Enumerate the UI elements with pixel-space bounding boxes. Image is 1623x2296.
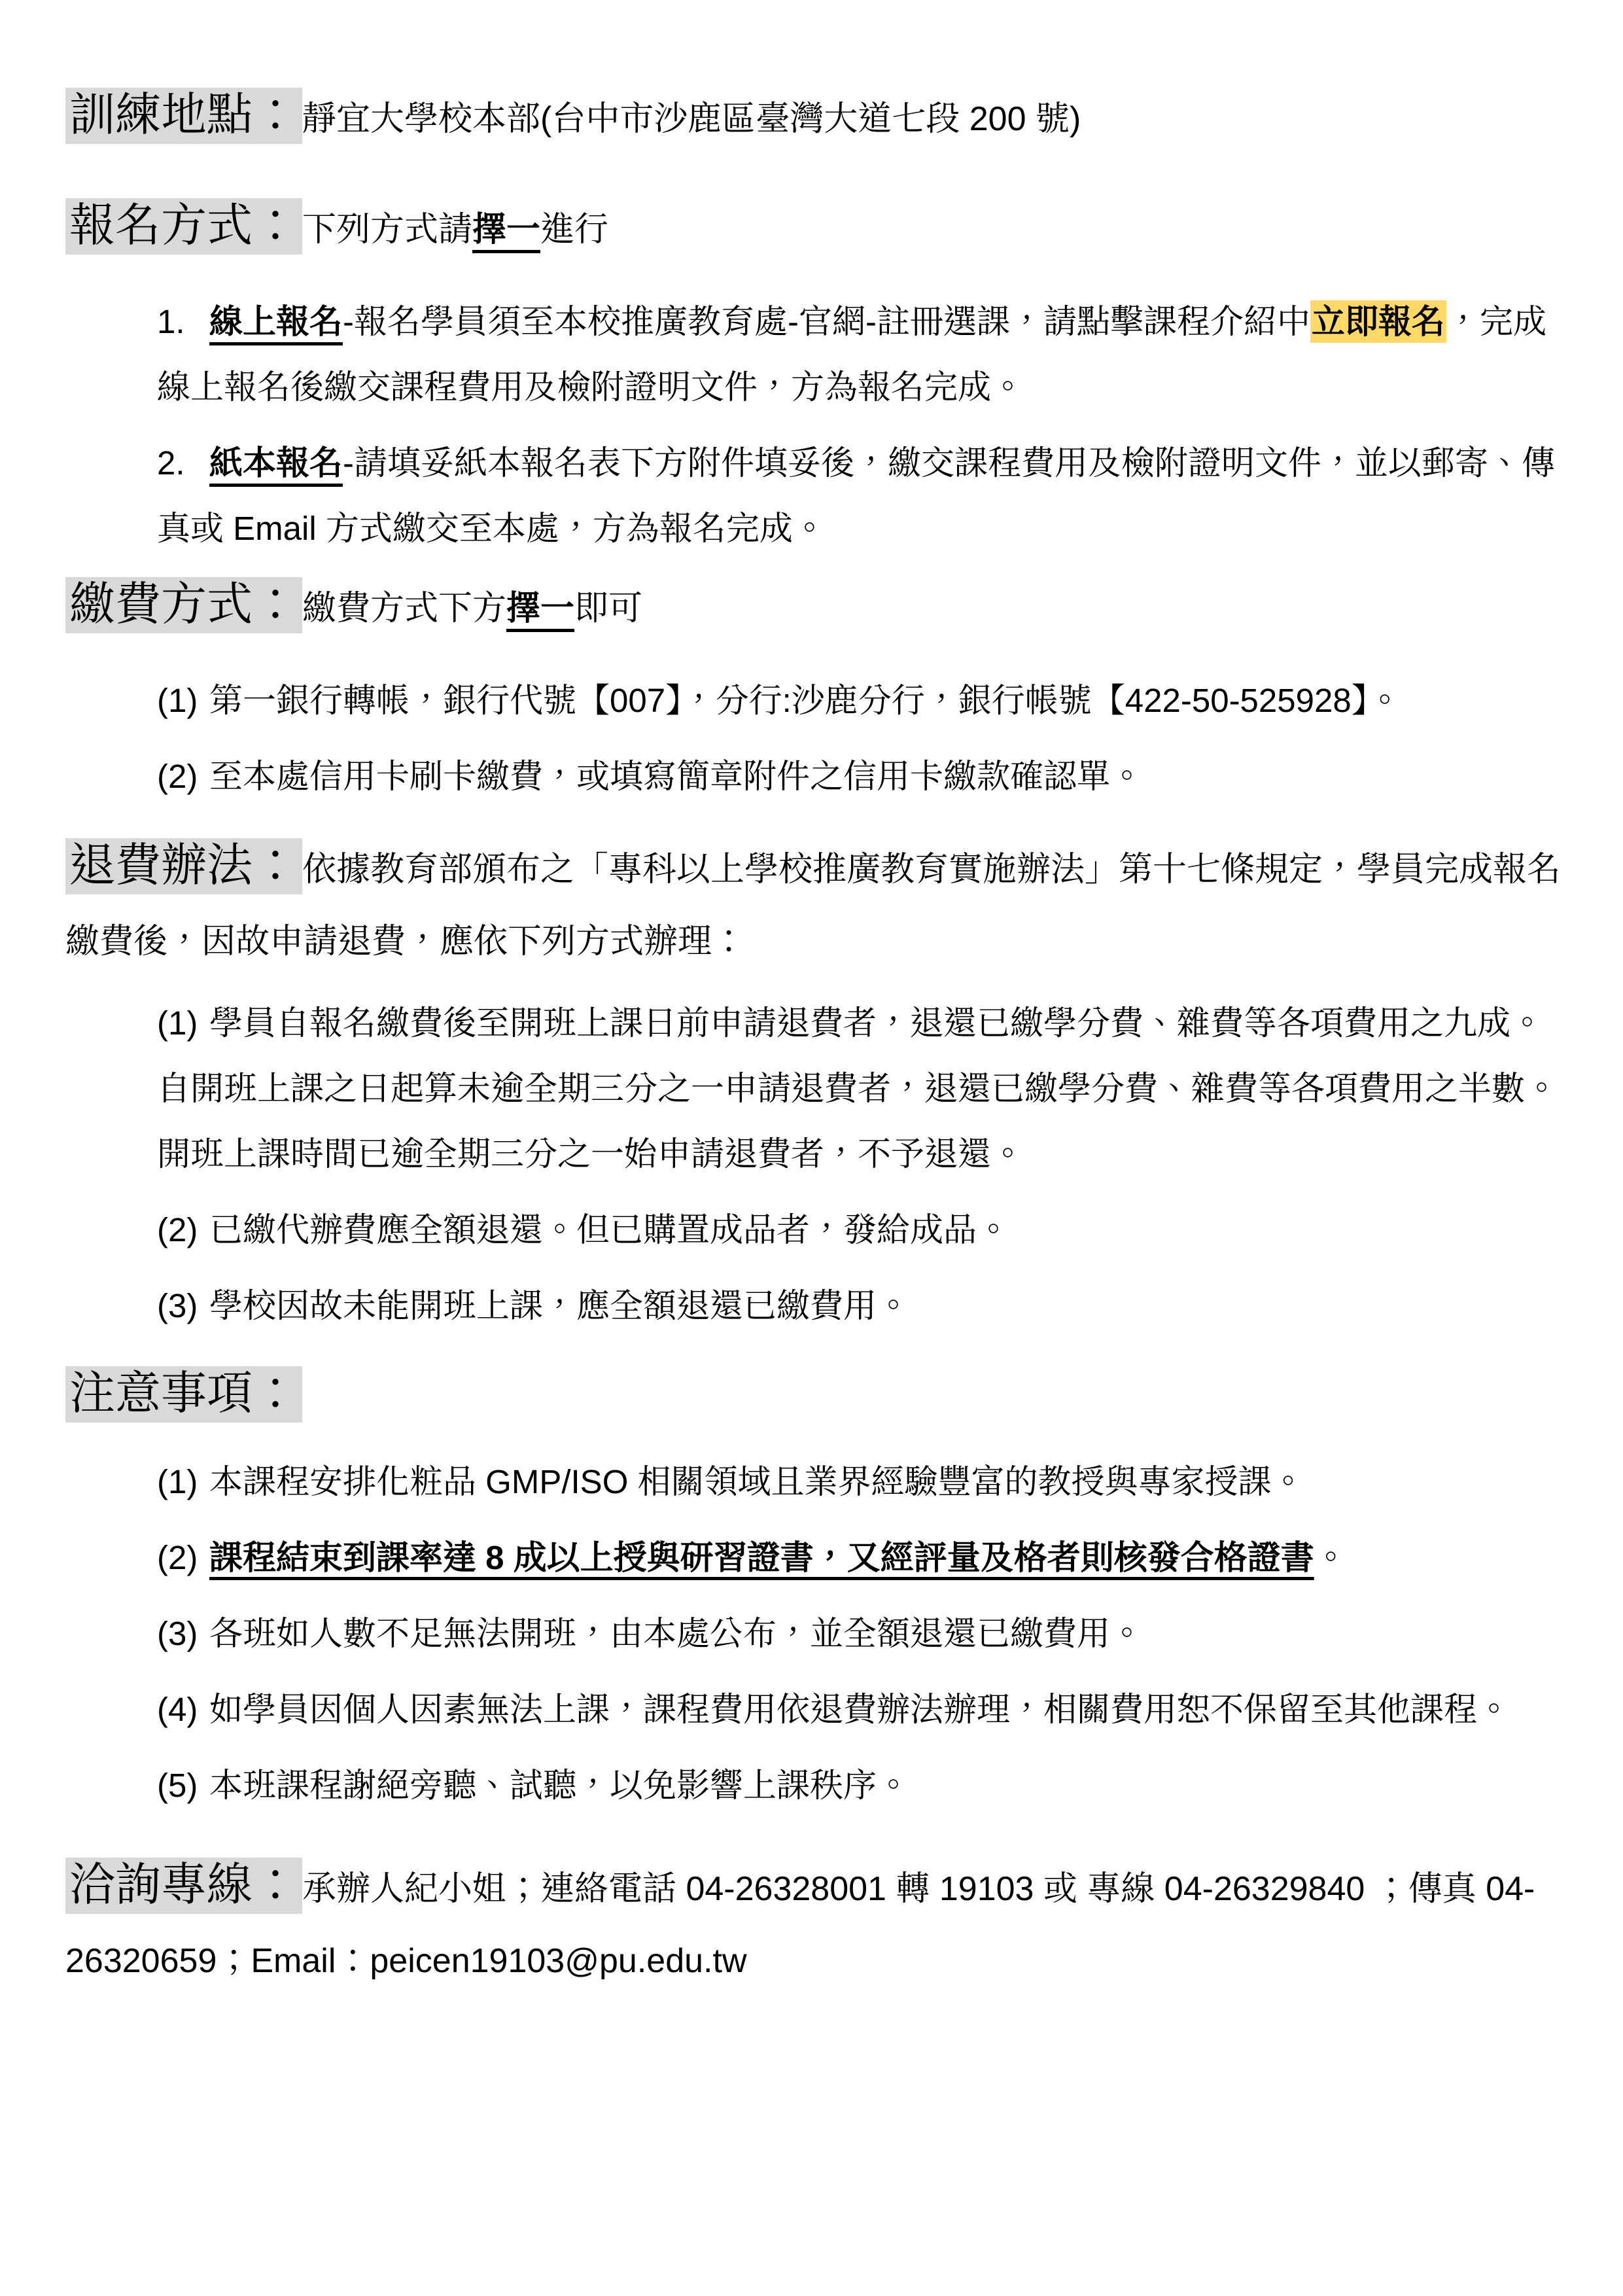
list-item-number: 1. (157, 289, 209, 355)
list-item-number: (2) (157, 1525, 209, 1591)
list-item-refund-tiers: (1)學員自報名繳費後至開班上課日前申請退費者，退還已繳學分費、雜費等各項費用之… (157, 991, 1564, 1187)
list-item-number: (1) (157, 991, 209, 1056)
list-item-paper-registration: 2.紙本報名-請填妥紙本報名表下方附件填妥後，繳交課程費用及檢附證明文件，並以郵… (157, 431, 1564, 561)
training-location-heading: 訓練地點：靜宜大學校本部(台中市沙鹿區臺灣大道七段 200 號) (65, 79, 1564, 155)
list-item-number: (2) (157, 744, 209, 809)
section-label-colon: ： (253, 1859, 298, 1910)
list-item-instructors: (1)本課程安排化粧品 GMP/ISO 相關領域且業界經驗豐富的教授與專家授課。 (157, 1449, 1564, 1515)
list-item-insufficient-enrollment: (3)各班如人數不足無法開班，由本處公布，並全額退還已繳費用。 (157, 1601, 1564, 1667)
school-cancellation-refund-text: 學校因故未能開班上課，應全額退還已繳費用。 (209, 1287, 910, 1324)
section-label-text: 報名方式 (69, 200, 253, 251)
registration-intro-suffix: 進行 (540, 211, 608, 249)
section-training-location: 訓練地點：靜宜大學校本部(台中市沙鹿區臺灣大道七段 200 號) (65, 79, 1564, 155)
training-location-text: 靜宜大學校本部(台中市沙鹿區臺灣大道七段 200 號) (302, 100, 1081, 138)
registration-intro-emphasis: 擇一 (472, 211, 540, 249)
payment-intro-emphasis: 擇一 (506, 590, 574, 627)
section-label-text: 退費辦法 (69, 839, 253, 891)
section-label-text: 訓練地點 (69, 89, 253, 140)
online-registration-lead: 線上報名 (209, 303, 343, 340)
section-label-text: 洽詢專線 (69, 1859, 253, 1910)
registration-method-list: 1.線上報名-報名學員須至本校推廣教育處-官網-註冊選課，請點擊課程介紹中立即報… (65, 289, 1564, 561)
section-refund-policy: 退費辦法：依據教育部頒布之「專科以上學校推廣教育實施辦法」第十七條規定，學員完成… (65, 829, 1564, 1339)
list-item-online-registration: 1.線上報名-報名學員須至本校推廣教育處-官網-註冊選課，請點擊課程介紹中立即報… (157, 289, 1564, 420)
section-label: 退費辦法： (65, 838, 302, 894)
list-item-number: (2) (157, 1197, 209, 1263)
registration-method-heading: 報名方式：下列方式請擇一進行 (65, 189, 1564, 266)
list-item-credit-card: (2)至本處信用卡刷卡繳費，或填寫簡章附件之信用卡繳款確認單。 (157, 744, 1564, 809)
list-item-number: (5) (157, 1753, 209, 1818)
list-item-bank-transfer: (1)第一銀行轉帳，銀行代號【007】，分行:沙鹿分行，銀行帳號【422-50-… (157, 668, 1564, 733)
document-page: { "colors": { "page_bg": "#ffffff", "tex… (0, 0, 1623, 2296)
section-label-colon: ： (253, 578, 298, 629)
registration-intro-prefix: 下列方式請 (302, 211, 472, 249)
section-label-colon: ： (253, 89, 298, 140)
list-item-number: (1) (157, 668, 209, 733)
register-now-highlight: 立即報名 (1310, 300, 1446, 343)
notes-heading: 注意事項： (65, 1357, 1564, 1434)
refund-policy-list: (1)學員自報名繳費後至開班上課日前申請退費者，退還已繳學分費、雜費等各項費用之… (65, 991, 1564, 1339)
agency-fee-refund-text: 已繳代辦費應全額退還。但已購置成品者，發給成品。 (209, 1211, 1010, 1248)
online-registration-text-before: -報名學員須至本校推廣教育處-官網-註冊選課，請點擊課程介紹中 (343, 303, 1310, 340)
notes-list: (1)本課程安排化粧品 GMP/ISO 相關領域且業界經驗豐富的教授與專家授課。… (65, 1449, 1564, 1818)
section-payment-method: 繳費方式：繳費方式下方擇一即可 (1)第一銀行轉帳，銀行代號【007】，分行:沙… (65, 568, 1564, 809)
section-label: 訓練地點： (65, 88, 302, 144)
no-auditing-text: 本班課程謝絕旁聽、試聽，以免影響上課秩序。 (209, 1767, 910, 1804)
personal-reasons-text: 如學員因個人因素無法上課，課程費用依退費辦法辦理，相關費用恕不保留至其他課程。 (209, 1691, 1510, 1728)
payment-method-list: (1)第一銀行轉帳，銀行代號【007】，分行:沙鹿分行，銀行帳號【422-50-… (65, 668, 1564, 809)
list-item-number: (4) (157, 1677, 209, 1742)
section-label-colon: ： (253, 839, 298, 891)
refund-tiers-text: 學員自報名繳費後至開班上課日前申請退費者，退還已繳學分費、雜費等各項費用之九成。… (157, 1004, 1558, 1173)
certificates-period: 。 (1314, 1539, 1348, 1576)
section-label-colon: ： (253, 1368, 298, 1419)
section-label: 注意事項： (65, 1366, 302, 1422)
paper-registration-text: -請填妥紙本報名表下方附件填妥後，繳交課程費用及檢附證明文件，並以郵寄、傳真或 … (157, 444, 1555, 547)
refund-policy-heading: 退費辦法：依據教育部頒布之「專科以上學校推廣教育實施辦法」第十七條規定，學員完成… (65, 829, 1564, 978)
list-item-number: (3) (157, 1601, 209, 1667)
credit-card-text: 至本處信用卡刷卡繳費，或填寫簡章附件之信用卡繳款確認單。 (209, 758, 1143, 795)
section-label: 報名方式： (65, 198, 302, 255)
instructors-text: 本課程安排化粧品 GMP/ISO 相關領域且業界經驗豐富的教授與專家授課。 (209, 1463, 1305, 1500)
section-label-colon: ： (253, 200, 298, 251)
section-label: 洽詢專線： (65, 1858, 302, 1914)
list-item-personal-reasons: (4)如學員因個人因素無法上課，課程費用依退費辦法辦理，相關費用恕不保留至其他課… (157, 1677, 1564, 1742)
payment-intro-prefix: 繳費方式下方 (302, 590, 506, 627)
section-registration-method: 報名方式：下列方式請擇一進行 1.線上報名-報名學員須至本校推廣教育處-官網-註… (65, 189, 1564, 561)
list-item-certificates: (2)課程結束到課率達 8 成以上授與研習證書，又經評量及格者則核發合格證書。 (157, 1525, 1564, 1591)
section-notes: 注意事項： (1)本課程安排化粧品 GMP/ISO 相關領域且業界經驗豐富的教授… (65, 1357, 1564, 1818)
section-label-text: 注意事項 (69, 1368, 253, 1419)
list-item-agency-fee-refund: (2)已繳代辦費應全額退還。但已購置成品者，發給成品。 (157, 1197, 1564, 1263)
paper-registration-lead: 紙本報名 (209, 444, 343, 482)
certificates-emphasis-text: 課程結束到課率達 8 成以上授與研習證書，又經評量及格者則核發合格證書 (209, 1539, 1314, 1576)
list-item-no-auditing: (5)本班課程謝絕旁聽、試聽，以免影響上課秩序。 (157, 1753, 1564, 1818)
section-label: 繳費方式： (65, 577, 302, 633)
payment-intro-suffix: 即可 (574, 590, 642, 627)
payment-method-heading: 繳費方式：繳費方式下方擇一即可 (65, 568, 1564, 645)
list-item-number: (1) (157, 1449, 209, 1515)
bank-transfer-text: 第一銀行轉帳，銀行代號【007】，分行:沙鹿分行，銀行帳號【422-50-525… (209, 682, 1401, 719)
section-label-text: 繳費方式 (69, 578, 253, 629)
list-item-number: (3) (157, 1273, 209, 1339)
section-contact: 洽詢專線：承辦人紀小姐；連絡電話 04-26328001 轉 19103 或 專… (65, 1848, 1564, 1997)
list-item-school-cancellation-refund: (3)學校因故未能開班上課，應全額退還已繳費用。 (157, 1273, 1564, 1339)
list-item-number: 2. (157, 431, 209, 496)
insufficient-enrollment-text: 各班如人數不足無法開班，由本處公布，並全額退還已繳費用。 (209, 1615, 1143, 1652)
contact-heading: 洽詢專線：承辦人紀小姐；連絡電話 04-26328001 轉 19103 或 專… (65, 1848, 1564, 1997)
